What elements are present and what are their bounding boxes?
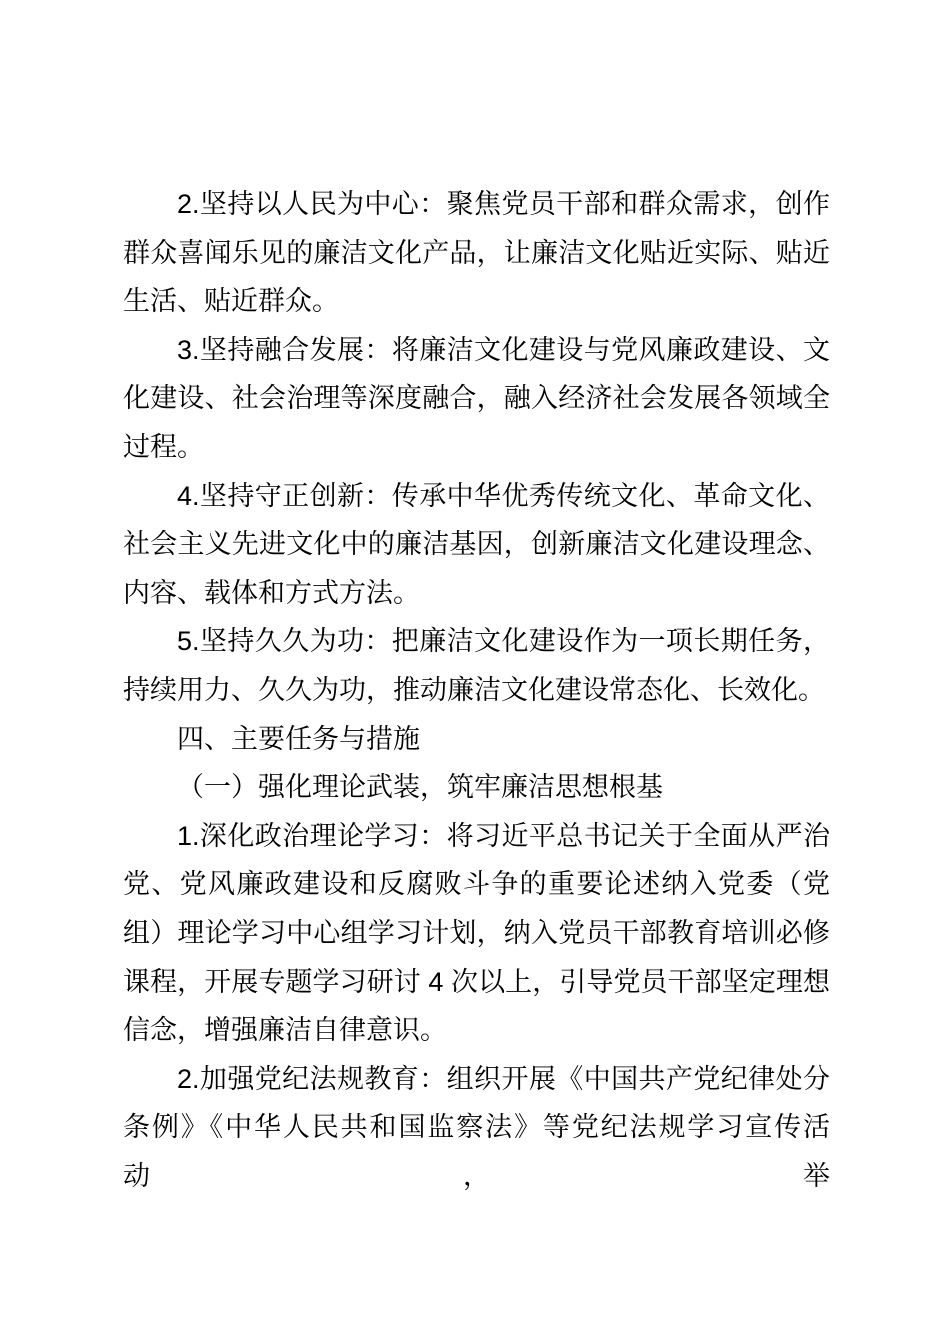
paragraph-task-theory-study: 1.深化政治理论学习：将习近平总书记关于全面从严治党、党风廉政建设和反腐败斗争的… [123,812,830,1055]
document-page: 2.坚持以人民为中心：聚焦党员干部和群众需求，创作群众喜闻乐见的廉洁文化产品，让… [0,0,950,1344]
paragraph-task-discipline-education: 2.加强党纪法规教育：组织开展《中国共产党纪律处分条例》《中华人民共和国监察法》… [123,1055,830,1201]
heading-subsection-one: （一）强化理论武装，筑牢廉洁思想根基 [123,763,830,812]
paragraph-principle-integrated-development: 3.坚持融合发展：将廉洁文化建设与党风廉政建设、文化建设、社会治理等深度融合，融… [123,326,830,472]
heading-section-four: 四、主要任务与措施 [123,715,830,764]
document-text-block: 2.坚持以人民为中心：聚焦党员干部和群众需求，创作群众喜闻乐见的廉洁文化产品，让… [123,180,830,1200]
paragraph-principle-innovation: 4.坚持守正创新：传承中华优秀传统文化、革命文化、社会主义先进文化中的廉洁基因，… [123,472,830,618]
paragraph-principle-people-centered: 2.坚持以人民为中心：聚焦党员干部和群众需求，创作群众喜闻乐见的廉洁文化产品，让… [123,180,830,326]
paragraph-principle-persistence: 5.坚持久久为功：把廉洁文化建设作为一项长期任务，持续用力、久久为功，推动廉洁文… [123,617,830,714]
